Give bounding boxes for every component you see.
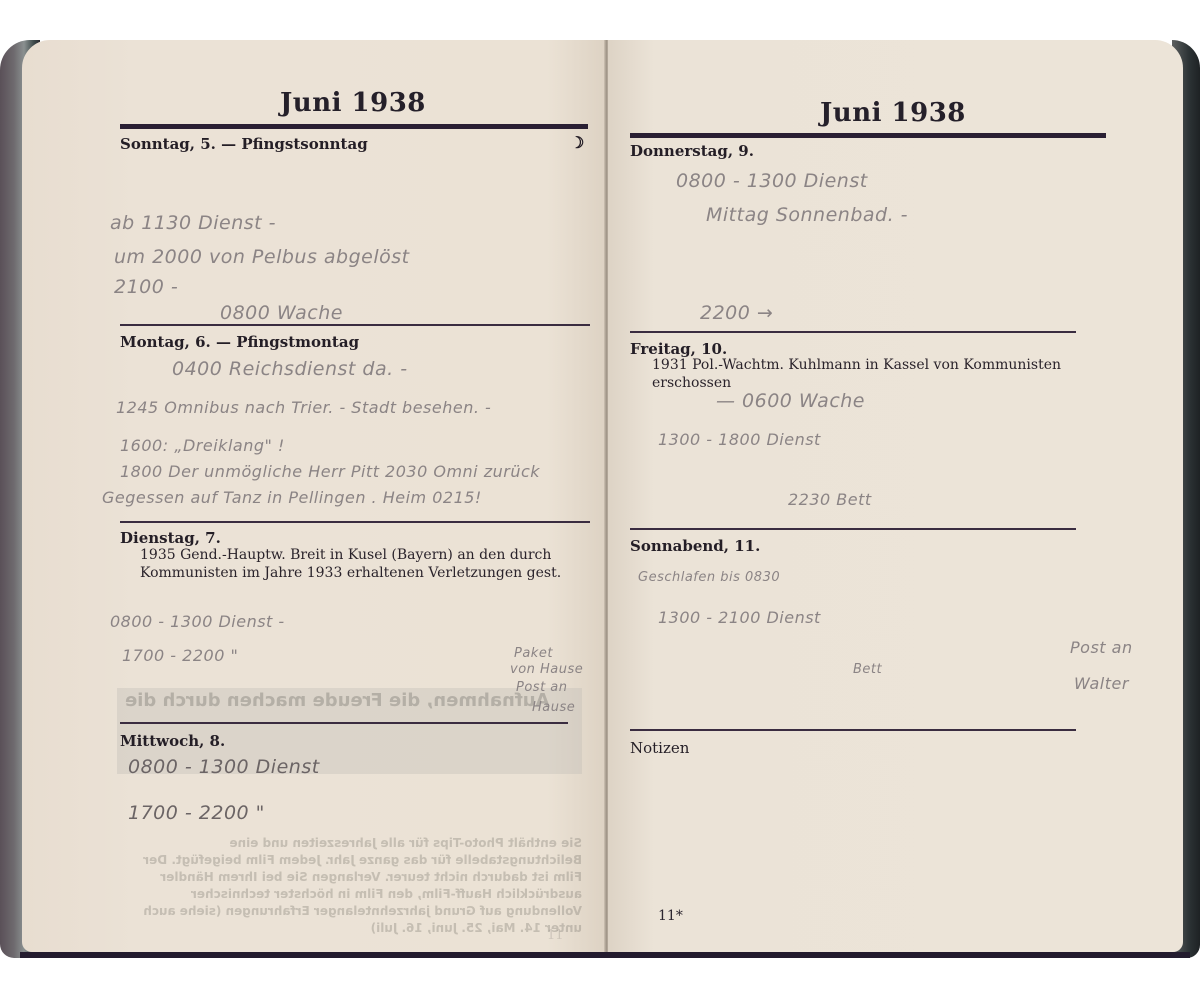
handwritten-entry: 0800 - 1300 Dienst [676,170,868,192]
month-title: Juni 1938 [280,88,426,118]
moon-phase-icon: ☽ [570,133,584,152]
day-divider [630,331,1076,333]
handwritten-entry: um 2000 von Pelbus abgelöst [114,246,410,268]
handwritten-entry: 0800 - 1300 Dienst [128,756,320,778]
handwritten-entry: Post an [1070,638,1133,657]
day-heading-thursday: Donnerstag, 9. [630,142,754,160]
handwritten-entry: 1700 - 2200 " [122,646,238,665]
day-heading-monday: Montag, 6. — Pfingstmontag [120,333,359,351]
handwritten-entry: 1600: „Dreiklang" ! [120,436,285,455]
day-divider [120,324,590,326]
printed-anniversary-note: 1931 Pol.-Wachtm. Kuhlmann in Kassel von… [652,356,1092,392]
handwritten-entry: von Hause [510,662,583,677]
handwritten-entry: Post an [516,680,568,695]
printed-anniversary-note: 1935 Gend.-Hauptw. Breit in Kusel (Bayer… [140,546,588,582]
month-title: Juni 1938 [820,98,966,128]
handwritten-entry: 2100 - [114,276,178,298]
handwritten-entry: 1700 - 2200 " [128,802,265,824]
handwritten-entry: Hause [532,700,575,715]
handwritten-entry: Gegessen auf Tanz in Pellingen . Heim 02… [102,488,482,507]
day-heading-tuesday: Dienstag, 7. [120,529,221,547]
day-divider [120,521,590,523]
handwritten-entry: 1300 - 2100 Dienst [658,608,821,627]
handwritten-entry: 1245 Omnibus nach Trier. - Stadt besehen… [116,398,491,417]
handwritten-entry: 0400 Reichsdienst da. - [172,358,408,380]
handwritten-entry: — 0600 Wache [716,390,865,412]
show-through-page-number: 11 [547,928,564,943]
handwritten-entry: 2230 Bett [788,490,872,509]
page-number: 11* [658,908,683,924]
handwritten-entry: 2200 → [700,302,773,324]
day-heading-sunday: Sonntag, 5. — Pfingstsonntag [120,135,368,153]
handwritten-entry: 1300 - 1800 Dienst [658,430,821,449]
handwritten-entry: Mittag Sonnenbad. - [706,204,908,226]
book-cover-bottom-edge [20,952,1190,958]
handwritten-entry: 0800 - 1300 Dienst - [110,612,285,631]
title-rule [120,124,588,129]
show-through-ad-text: Sie enthält Photo-Tips für alle Jahresze… [117,835,582,937]
right-page: Juni 1938 Donnerstag, 9. 0800 - 1300 Die… [608,40,1183,952]
day-divider [120,722,568,724]
handwritten-entry: 0800 Wache [220,302,343,324]
day-divider [630,528,1076,530]
handwritten-entry: Geschlafen bis 0830 [638,570,780,585]
handwritten-entry: Paket [514,646,553,661]
handwritten-entry: Walter [1074,674,1129,693]
open-diary-book: Aufnahmen, die Freude machen durch die S… [0,40,1200,958]
notes-heading: Notizen [630,739,689,757]
handwritten-entry: Bett [853,662,882,677]
day-heading-saturday: Sonnabend, 11. [630,537,760,555]
handwritten-entry: 1800 Der unmögliche Herr Pitt 2030 Omni … [120,462,540,481]
day-heading-wednesday: Mittwoch, 8. [120,732,225,750]
day-divider [630,729,1076,731]
title-rule [630,133,1106,138]
handwritten-entry: ab 1130 Dienst - [110,212,276,234]
left-page: Aufnahmen, die Freude machen durch die S… [22,40,606,952]
